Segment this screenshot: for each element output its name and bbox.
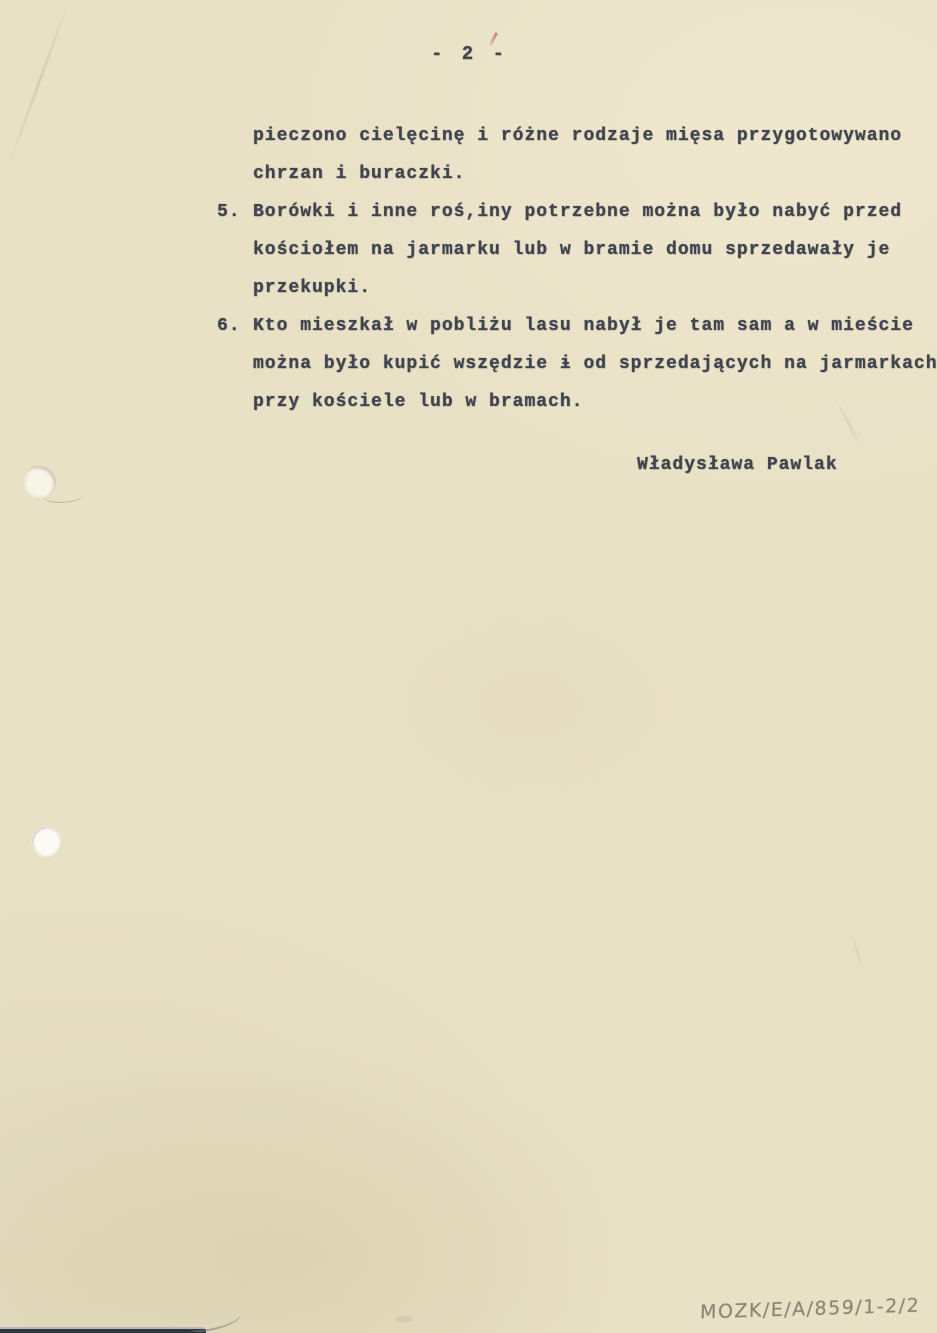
signature: Władysława Pawlak xyxy=(637,446,838,484)
list-item-6-line-1: 6. Kto mieszkał w pobliżu lasu nabył je … xyxy=(253,307,937,345)
text-line: Kto mieszkał w pobliżu lasu nabył je tam… xyxy=(253,316,914,336)
typewritten-body: pieczono cielęcinę i różne rodzaje mięsa… xyxy=(253,117,937,421)
list-item-5-line-1: 5. Borówki i inne roś,iny potrzebne możn… xyxy=(253,193,937,231)
text-line: chrzan i buraczki. xyxy=(253,155,937,193)
paper-crease-top-left xyxy=(6,0,71,170)
list-item-5-number: 5. xyxy=(217,193,241,231)
scan-edge-curve xyxy=(189,1308,243,1333)
scan-edge-shadow xyxy=(0,1327,206,1333)
paper-crease-right-lower xyxy=(850,931,864,971)
text-line: przekupki. xyxy=(253,269,937,307)
paper-stain xyxy=(395,1316,413,1322)
page-number: - 2 - xyxy=(431,43,508,65)
list-item-6-number: 6. xyxy=(217,307,241,345)
scanned-document-page: - 2 - pieczono cielęcinę i różne rodzaje… xyxy=(0,0,937,1333)
punch-hole xyxy=(32,827,60,856)
text-line: pieczono cielęcinę i różne rodzaje mięsa… xyxy=(253,117,937,155)
archive-reference-handwritten: MOZK/E/A/859/1-2/2 xyxy=(700,1295,921,1324)
text-line: można było kupić wszędzie ɨ od sprzedają… xyxy=(253,345,937,383)
text-line: kościołem na jarmarku lub w bramie domu … xyxy=(253,231,937,269)
text-line: przy kościele lub w bramach. xyxy=(253,383,937,421)
text-line: Borówki i inne roś,iny potrzebne można b… xyxy=(253,202,902,222)
torn-punch-hole-tear-line xyxy=(44,488,84,503)
